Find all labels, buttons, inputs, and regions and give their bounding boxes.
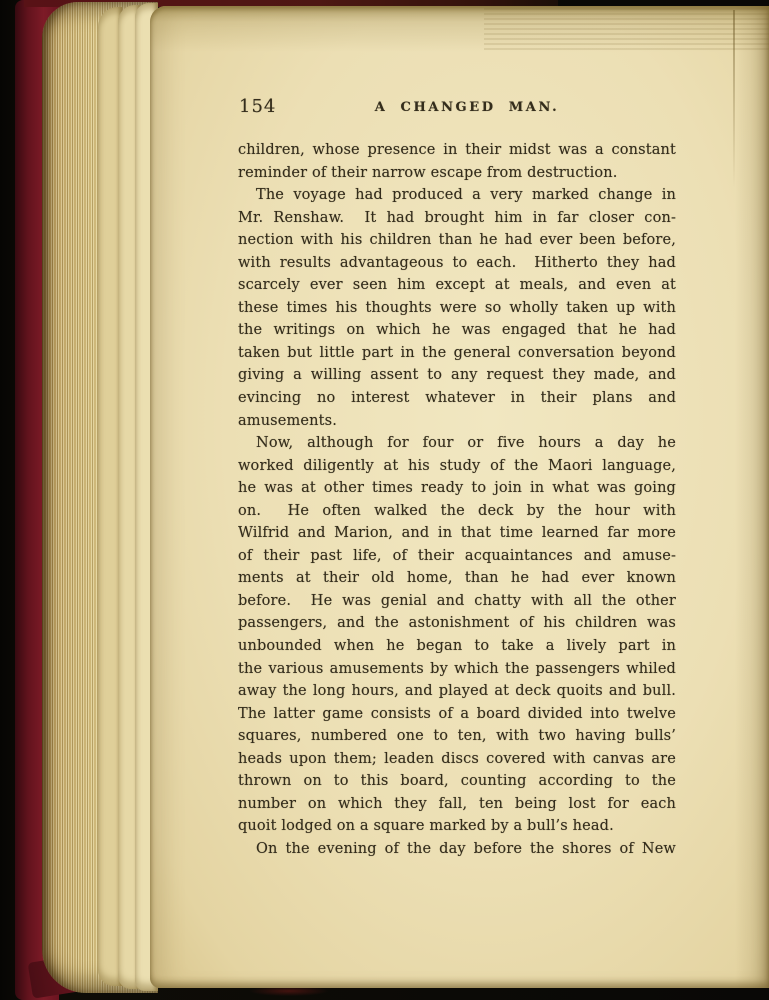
text-line: number on which they fall, ten being los… bbox=[238, 793, 676, 816]
text-line: The latter game consists of a board divi… bbox=[238, 703, 676, 726]
book-photo: 154 A CHANGED MAN. children, whose prese… bbox=[0, 0, 769, 1000]
text-line: taken but little part in the general con… bbox=[238, 342, 676, 365]
text-line: The voyage had produced a very marked ch… bbox=[238, 184, 676, 207]
text-line: scarcely ever seen him except at meals, … bbox=[238, 274, 676, 297]
text-line: these times his thoughts were so wholly … bbox=[238, 297, 676, 320]
text-line: the writings on which he was engaged tha… bbox=[238, 319, 676, 342]
text-line: nection with his children than he had ev… bbox=[238, 229, 676, 252]
book-page: 154 A CHANGED MAN. children, whose prese… bbox=[150, 6, 769, 988]
text-line: squares, numbered one to ten, with two h… bbox=[238, 725, 676, 748]
text-line: Now, although for four or five hours a d… bbox=[238, 432, 676, 455]
text-line: of their past life, of their acquaintanc… bbox=[238, 545, 676, 568]
page-header: 154 A CHANGED MAN. bbox=[238, 96, 676, 120]
text-line: reminder of their narrow escape from des… bbox=[238, 162, 676, 185]
text-line: Mr. Renshaw. It had brought him in far c… bbox=[238, 207, 676, 230]
text-line: heads upon them; leaden discs covered wi… bbox=[238, 748, 676, 771]
text-line: away the long hours, and played at deck … bbox=[238, 680, 676, 703]
text-line: unbounded when he began to take a lively… bbox=[238, 635, 676, 658]
text-line: on. He often walked the deck by the hour… bbox=[238, 500, 676, 523]
text-line: passengers, and the astonishment of his … bbox=[238, 612, 676, 635]
text-line: worked diligently at his study of the Ma… bbox=[238, 455, 676, 478]
running-title: A CHANGED MAN. bbox=[248, 100, 686, 115]
text-line: giving a willing assent to any request t… bbox=[238, 364, 676, 387]
text-line: On the evening of the day before the sho… bbox=[238, 838, 676, 861]
page-content: 154 A CHANGED MAN. children, whose prese… bbox=[238, 96, 676, 120]
text-line: thrown on to this board, counting accord… bbox=[238, 770, 676, 793]
text-line: ments at their old home, than he had eve… bbox=[238, 567, 676, 590]
page-edges-stack bbox=[42, 2, 158, 993]
text-line: amusements. bbox=[238, 410, 676, 433]
page-right-shadow bbox=[735, 6, 769, 988]
text-line: with results advantageous to each. Hithe… bbox=[238, 252, 676, 275]
page-top-edge-streaks bbox=[484, 8, 769, 50]
text-line: Wilfrid and Marion, and in that time lea… bbox=[238, 522, 676, 545]
text-line: the various amusements by which the pass… bbox=[238, 658, 676, 681]
text-line: before. He was genial and chatty with al… bbox=[238, 590, 676, 613]
text-line: evincing no interest whatever in their p… bbox=[238, 387, 676, 410]
text-line: quoit lodged on a square marked by a bul… bbox=[238, 815, 676, 838]
text-line: he was at other times ready to join in w… bbox=[238, 477, 676, 500]
text-line: children, whose presence in their midst … bbox=[238, 139, 676, 162]
page-text: children, whose presence in their midst … bbox=[238, 139, 676, 861]
